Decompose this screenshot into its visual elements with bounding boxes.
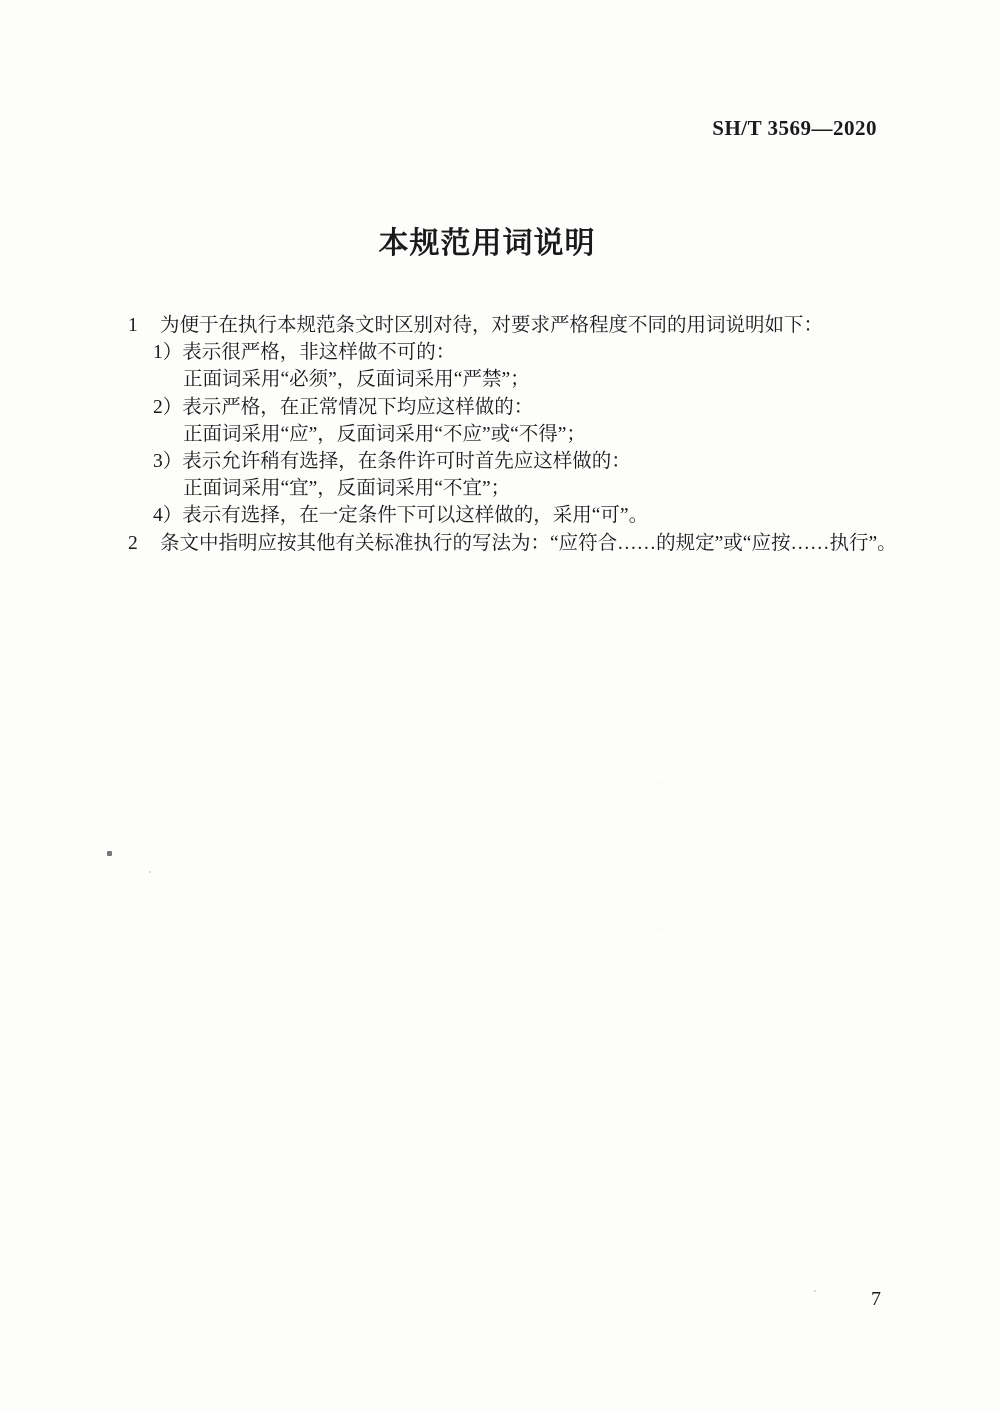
clause-2-text: 条文中指明应按其他有关标准执行的写法为：“应符合……的规定”或“应按……执行”。	[160, 533, 897, 554]
clause-1-subitem-2: 2）表示严格，在正常情况下均应这样做的：	[128, 394, 868, 421]
page-title: 本规范用词说明	[0, 218, 987, 262]
standard-code-header: SH/T 3569—2020	[712, 116, 877, 141]
scan-speckle	[107, 851, 112, 856]
clauses-block: 1为便于在执行本规范条文时区别对待，对要求严格程度不同的用词说明如下： 1）表示…	[128, 312, 868, 557]
subitem-4-label: 4）	[153, 502, 182, 529]
scan-speckle	[814, 1290, 816, 1292]
clause-1-text: 为便于在执行本规范条文时区别对待，对要求严格程度不同的用词说明如下：	[160, 315, 823, 336]
scan-speckle	[149, 871, 151, 873]
subitem-3-detail: 正面词采用“宜”，反面词采用“不宜”；	[128, 475, 868, 502]
subitem-3-text: 表示允许稍有选择，在条件许可时首先应这样做的：	[182, 451, 631, 472]
clause-1-subitem-1: 1）表示很严格，非这样做不可的：	[128, 339, 868, 366]
subitem-2-text: 表示严格，在正常情况下均应这样做的：	[182, 397, 533, 418]
clause-1: 1为便于在执行本规范条文时区别对待，对要求严格程度不同的用词说明如下：	[128, 312, 868, 339]
subitem-2-detail: 正面词采用“应”，反面词采用“不应”或“不得”；	[128, 421, 868, 448]
subitem-3-label: 3）	[153, 448, 182, 475]
subitem-1-text: 表示很严格，非这样做不可的：	[182, 342, 455, 363]
subitem-4-text: 表示有选择，在一定条件下可以这样做的，采用“可”。	[182, 505, 648, 526]
clause-2-number: 2	[128, 530, 160, 557]
clause-1-subitem-4: 4）表示有选择，在一定条件下可以这样做的，采用“可”。	[128, 502, 868, 529]
clause-2: 2条文中指明应按其他有关标准执行的写法为：“应符合……的规定”或“应按……执行”…	[128, 530, 868, 557]
subitem-1-label: 1）	[153, 339, 182, 366]
clause-1-number: 1	[128, 312, 160, 339]
clause-1-subitem-3: 3）表示允许稍有选择，在条件许可时首先应这样做的：	[128, 448, 868, 475]
subitem-1-detail: 正面词采用“必须”，反面词采用“严禁”；	[128, 366, 868, 393]
page-number: 7	[866, 1288, 886, 1311]
subitem-2-label: 2）	[153, 394, 182, 421]
document-page: SH/T 3569—2020 本规范用词说明 1为便于在执行本规范条文时区别对待…	[0, 0, 1000, 1414]
